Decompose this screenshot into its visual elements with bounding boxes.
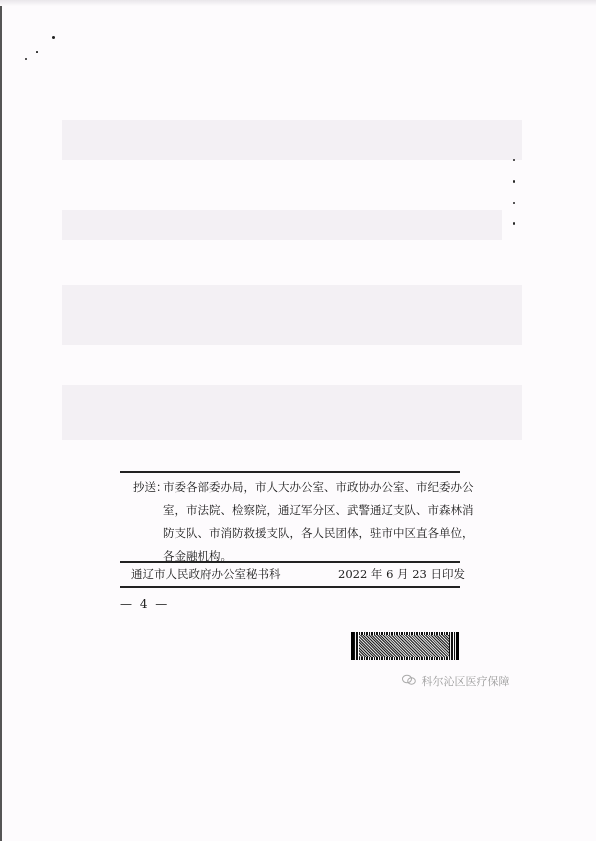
- cc-line: 防支队、市消防救援支队，各人民团体，驻市中区直各单位，: [163, 522, 463, 545]
- barcode: [351, 632, 459, 660]
- scan-speck: [36, 51, 38, 53]
- bottom-rule: [120, 586, 460, 588]
- scan-speck: [513, 202, 515, 204]
- scan-speck: [513, 222, 515, 225]
- scan-speck: [25, 58, 27, 60]
- bleed-through: [62, 285, 522, 345]
- cc-line: 各金融机构。: [163, 545, 463, 568]
- barcode-start-bar: [351, 632, 354, 660]
- top-rule: [120, 471, 460, 473]
- wechat-icon: [402, 674, 416, 688]
- watermark-text: 科尔沁区医疗保障: [422, 675, 510, 688]
- scan-speck: [52, 36, 55, 39]
- bleed-through: [62, 120, 522, 160]
- barcode-end-bar: [456, 632, 459, 660]
- bleed-through: [62, 210, 502, 240]
- cc-recipients: 市委各部委办局，市人大办公室、市政协办公室、市纪委办公 室，市法院、检察院，通辽…: [166, 476, 463, 568]
- scan-shadow: [0, 0, 596, 6]
- watermark: 科尔沁区医疗保障: [402, 673, 510, 689]
- scan-edge: [0, 0, 2, 841]
- bleed-through: [62, 385, 522, 440]
- cc-line: 室，市法院、检察院，通辽军分区、武警通辽支队、市森林消: [163, 499, 463, 522]
- issue-date: 2022 年 6 月 23 日印发: [338, 566, 465, 582]
- scan-speck: [513, 180, 515, 183]
- middle-rule: [120, 561, 460, 563]
- issuing-office: 通辽市人民政府办公室秘书科: [131, 566, 281, 582]
- page-number: — 4 —: [120, 597, 169, 611]
- cc-line: 市委各部委办局，市人大办公室、市政协办公室、市纪委办公: [163, 476, 463, 499]
- scan-speck: [513, 159, 515, 161]
